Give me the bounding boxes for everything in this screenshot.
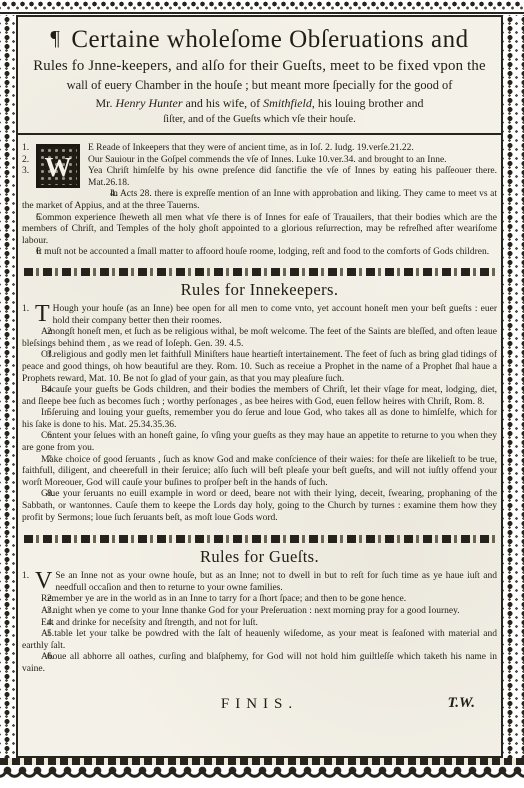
name-henry-hunter: Henry Hunter bbox=[116, 96, 183, 110]
guests-rule-6: 6.Aboue all abhorre all oathes, curſing … bbox=[22, 652, 497, 675]
intro-item-1: 1.E Reade of Inkeepers that they were of… bbox=[22, 143, 497, 155]
item-text: Content your ſelues with an honeſt gaine… bbox=[22, 431, 497, 453]
intro-section: W 1.E Reade of Inkeepers that they were … bbox=[22, 143, 497, 259]
innkeepers-rule-8: 8.Giue your ſeruants no euill example in… bbox=[22, 489, 497, 524]
title-suffix: , his louing brother and bbox=[312, 96, 424, 110]
ornament-bottom-border bbox=[0, 758, 524, 788]
item-number: 5. bbox=[28, 408, 54, 420]
section-heading-innkeepers: Rules for Innekeepers. bbox=[22, 280, 497, 300]
intro-item-6: 6It muſt not be accounted a ſmall matter… bbox=[22, 247, 497, 259]
item-number: 7 bbox=[28, 455, 52, 467]
author-initials: T.W. bbox=[447, 695, 475, 712]
intro-item-4: 4.In Acts 28. there is expreſſe mention … bbox=[22, 189, 497, 212]
title-mid: and his wife, of bbox=[183, 96, 264, 110]
title-line-2: Rules fo Jnne-keepers, and alſo for thei… bbox=[22, 58, 497, 75]
item-text: In ſeruing and louing your gueſts, remem… bbox=[22, 408, 497, 430]
item-number: 3. bbox=[22, 166, 29, 178]
item-text: Becauſe your gueſts be Gods children, an… bbox=[22, 385, 497, 407]
dropcap-v: V bbox=[35, 571, 55, 592]
broadside-page: ¶Certaine wholeſome Obſeruations and Rul… bbox=[0, 0, 524, 788]
item-number: 1. bbox=[22, 304, 29, 316]
item-text: Aboue all abhorre all oathes, curſing an… bbox=[22, 652, 497, 674]
ornament-divider bbox=[24, 535, 495, 543]
item-text: Our Sauiour in the Goſpel commends the v… bbox=[88, 155, 447, 165]
dropcap-t: T bbox=[35, 304, 53, 325]
innkeepers-rule-6: 6.Content your ſelues with an honeſt gai… bbox=[22, 431, 497, 454]
innkeepers-rule-4: 4Becauſe your gueſts be Gods children, a… bbox=[22, 385, 497, 408]
item-text: Common experience ſheweth all men what v… bbox=[22, 213, 497, 246]
item-number: 4. bbox=[22, 189, 117, 201]
main-title-text: Certaine wholeſome Obſeruations and bbox=[71, 26, 468, 53]
item-number: 3. bbox=[28, 350, 54, 362]
item-number: 5 bbox=[22, 213, 41, 225]
title-line-5: ſiſter, and of the Gueſts which vſe thei… bbox=[22, 114, 497, 125]
guests-rule-4: 4.Eat and drinke for neceſsity and ſtren… bbox=[22, 618, 497, 630]
item-number: 6. bbox=[28, 652, 54, 664]
item-number: 2 bbox=[28, 327, 52, 339]
name-smithfield: Smithfield bbox=[263, 96, 312, 110]
guests-rule-1: 1.VSe an Inne not as your owne houſe, bu… bbox=[22, 571, 497, 594]
innkeepers-rule-3: 3.Of religious and godly men let faithfu… bbox=[22, 350, 497, 385]
item-text: E Reade of Inkeepers that they were of a… bbox=[88, 143, 414, 153]
item-text: Remember ye are in the world as in an In… bbox=[41, 594, 406, 604]
item-number: 6 bbox=[22, 247, 41, 259]
title-line-4: Mr. Henry Hunter and his wife, of Smithf… bbox=[22, 96, 497, 111]
item-text: Eat and drinke for neceſsity and ſtrengt… bbox=[41, 618, 258, 628]
item-text: Yea Chriſt himſelfe by his owne preſence… bbox=[88, 166, 497, 188]
intro-item-2: 2.Our Sauiour in the Goſpel commends the… bbox=[22, 155, 497, 167]
item-number: 5. bbox=[28, 629, 54, 641]
item-number: 2. bbox=[22, 155, 29, 167]
body-column: W 1.E Reade of Inkeepers that they were … bbox=[22, 135, 497, 720]
item-number: 1. bbox=[22, 143, 29, 155]
item-text: At table let your talke be powdred with … bbox=[22, 629, 497, 651]
item-text: Se an Inne not as your owne houſe, but a… bbox=[55, 571, 497, 593]
ornament-divider bbox=[24, 268, 495, 276]
guests-section: 1.VSe an Inne not as your owne houſe, bu… bbox=[22, 571, 497, 675]
item-text: Amongſt honeſt men, et ſuch as be religi… bbox=[22, 327, 497, 349]
item-text: At night when ye come to your Inne thank… bbox=[41, 606, 460, 616]
finis-label: FINIS. bbox=[22, 696, 497, 713]
guests-rule-5: 5.At table let your talke be powdred wit… bbox=[22, 629, 497, 652]
guests-rule-2: 2.Remember ye are in the world as in an … bbox=[22, 594, 497, 606]
innkeepers-rule-7: 7Make choice of good ſeruants , ſuch as … bbox=[22, 455, 497, 490]
innkeepers-rule-5: 5.In ſeruing and louing your gueſts, rem… bbox=[22, 408, 497, 431]
title-prefix: Mr. bbox=[96, 96, 116, 110]
ornament-top-border bbox=[0, 0, 524, 15]
item-number: 1. bbox=[22, 571, 29, 583]
item-text: It muſt not be accounted a ſmall matter … bbox=[36, 247, 489, 257]
item-text: Giue your ſeruants no euill example in w… bbox=[22, 489, 497, 522]
item-number: 8. bbox=[28, 489, 54, 501]
ornament-right-border bbox=[503, 15, 524, 758]
title-line-1: ¶Certaine wholeſome Obſeruations and bbox=[22, 26, 497, 54]
innkeepers-section: 1.THough your houſe (as an Inne) bee ope… bbox=[22, 304, 497, 524]
item-text: Make choice of good ſeruants , ſuch as k… bbox=[22, 455, 497, 488]
intro-item-5: 5Common experience ſheweth all men what … bbox=[22, 213, 497, 248]
innkeepers-rule-1: 1.THough your houſe (as an Inne) bee ope… bbox=[22, 304, 497, 327]
item-number: 6. bbox=[28, 431, 54, 443]
guests-rule-3: 3.At night when ye come to your Inne tha… bbox=[22, 606, 497, 618]
item-number: 4 bbox=[28, 385, 52, 397]
page-content: ¶Certaine wholeſome Obſeruations and Rul… bbox=[16, 15, 503, 758]
item-number: 3. bbox=[28, 606, 54, 618]
title-line-3: wall of euery Chamber in the houſe ; but… bbox=[22, 78, 497, 93]
title-block: ¶Certaine wholeſome Obſeruations and Rul… bbox=[18, 17, 501, 135]
ornament-left-border bbox=[0, 15, 16, 758]
item-text: Of religious and godly men let faithfull… bbox=[22, 350, 497, 383]
item-text: Hough your houſe (as an Inne) bee open f… bbox=[53, 304, 497, 326]
pilcrow-mark: ¶ bbox=[50, 26, 60, 50]
section-heading-guests: Rules for Gueſts. bbox=[22, 547, 497, 567]
item-number: 4. bbox=[28, 618, 54, 630]
footer-row: FINIS. T.W. bbox=[22, 696, 497, 720]
intro-item-3: 3.Yea Chriſt himſelfe by his owne preſen… bbox=[22, 166, 497, 189]
innkeepers-rule-2: 2Amongſt honeſt men, et ſuch as be relig… bbox=[22, 327, 497, 350]
item-number: 2. bbox=[28, 594, 54, 606]
